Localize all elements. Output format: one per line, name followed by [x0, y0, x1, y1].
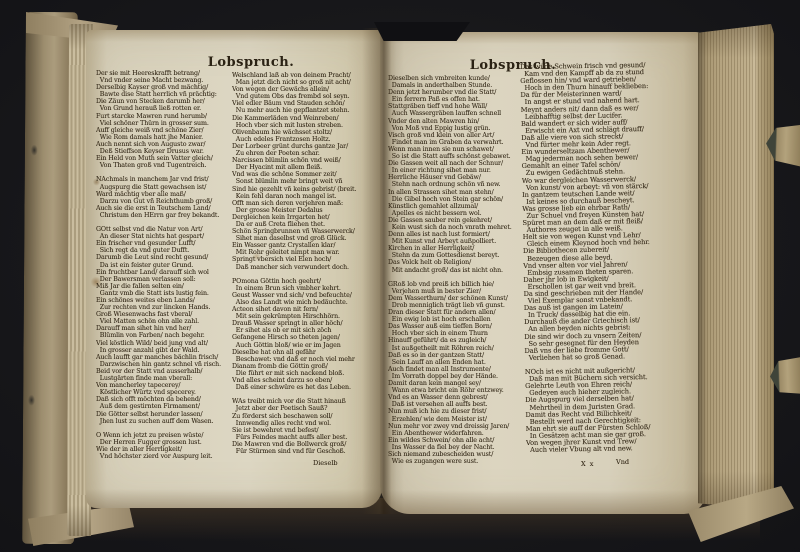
- left-page-column-1: Der sie mit Heereskrafft betrang/ Vnd vn…: [96, 70, 234, 468]
- right-page-catchword: Vnd: [616, 458, 629, 466]
- fore-edge-page-block: [698, 24, 774, 510]
- gutter-shadow: [362, 28, 404, 514]
- gutter-top-gap: [374, 22, 470, 41]
- right-page-column-1: Dieselben sich vmbreiten kunde/ Damals i…: [388, 75, 526, 473]
- right-page: Lobspruch. Dieselben sich vmbreiten kund…: [380, 32, 706, 514]
- left-page-header: Lobspruch.: [186, 55, 316, 70]
- left-page: Lobspruch. Der sie mit Heereskrafft betr…: [86, 30, 382, 508]
- right-page-signature-mark: X x: [581, 460, 594, 468]
- left-page-column-2: Welschland laß ab von deinem Pracht/ Man…: [232, 72, 380, 470]
- book-photo: Lobspruch. Der sie mit Heereskrafft betr…: [0, 0, 800, 552]
- right-page-column-2: Das wilde Schwein frisch vnd gesund/ Kam…: [520, 61, 706, 464]
- left-page-catchword: Dieselb: [313, 459, 338, 467]
